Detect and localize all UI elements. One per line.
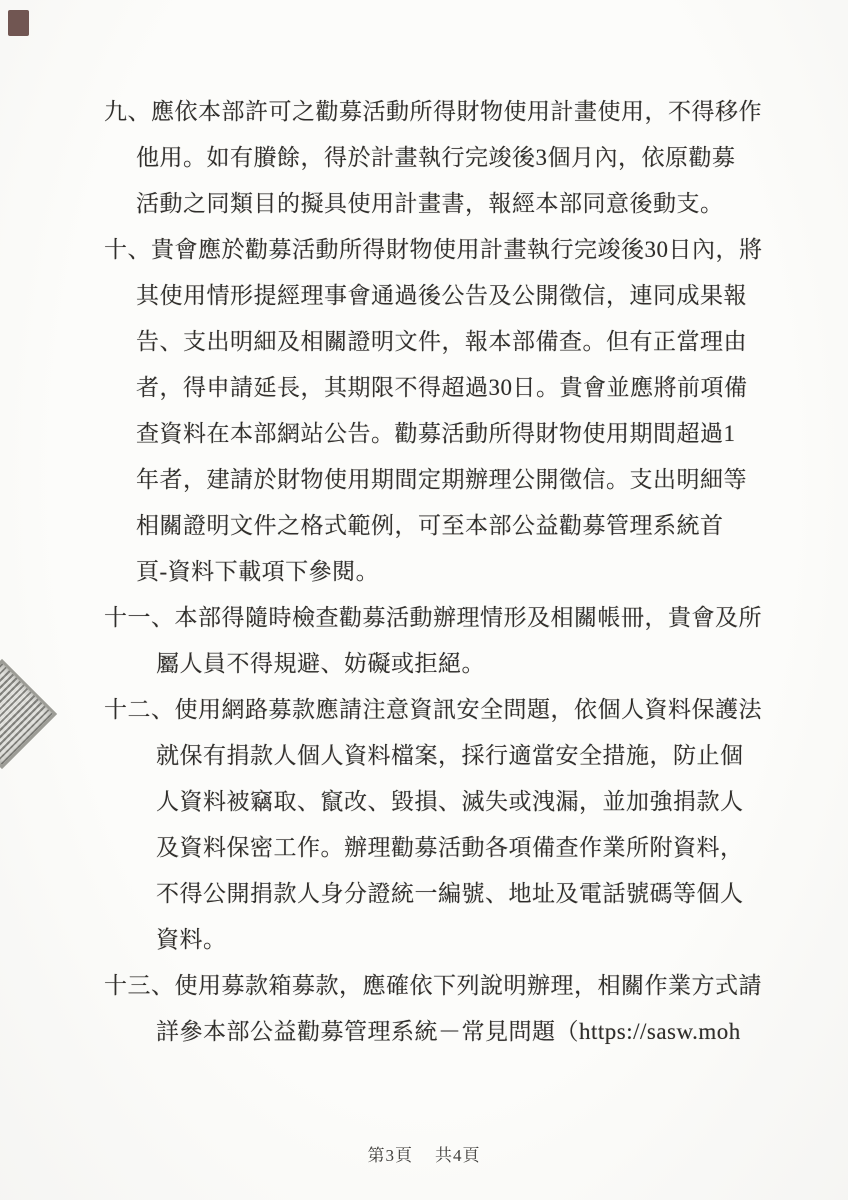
clause-line: 頁-資料下載項下參閱。 — [104, 549, 804, 595]
clause-line: 資料。 — [104, 917, 804, 963]
clause-line: 相關證明文件之格式範例，可至本部公益勸募管理系統首 — [104, 503, 804, 549]
clause-line: 詳參本部公益勸募管理系統－常見問題（https://sasw.moh — [104, 1009, 804, 1055]
clause-line: 十三、使用募款箱募款，應確依下列說明辦理，相關作業方式請 — [104, 963, 804, 1009]
clause-text: 貴會應於勸募活動所得財物使用計畫執行完竣後30日內，將 — [151, 237, 763, 262]
page-footer: 第3頁 共4頁 — [0, 1144, 848, 1168]
corner-mark-icon — [8, 10, 29, 36]
clause-line: 其使用情形提經理事會通過後公告及公開徵信，連同成果報 — [104, 273, 804, 319]
clause-line: 十一、本部得隨時檢查勸募活動辦理情形及相關帳冊，貴會及所 — [104, 595, 804, 641]
clause-text: 本部得隨時檢查勸募活動辦理情形及相關帳冊，貴會及所 — [175, 605, 763, 630]
clause-number: 十二、 — [104, 697, 175, 722]
clause-line: 不得公開捐款人身分證統一編號、地址及電話號碼等個人 — [104, 871, 804, 917]
clause-text: 應依本部許可之勸募活動所得財物使用計畫使用，不得移作 — [151, 99, 762, 124]
clause-10: 十、貴會應於勸募活動所得財物使用計畫執行完竣後30日內，將 其使用情形提經理事會… — [104, 227, 804, 595]
partial-seal-stamp-icon — [0, 659, 57, 769]
clause-line: 屬人員不得規避、妨礙或拒絕。 — [104, 641, 804, 687]
clause-13: 十三、使用募款箱募款，應確依下列說明辦理，相關作業方式請 詳參本部公益勸募管理系… — [104, 963, 804, 1055]
clause-text: 使用網路募款應請注意資訊安全問題，依個人資料保護法 — [175, 697, 763, 722]
clause-line: 活動之同類目的擬具使用計畫書，報經本部同意後動支。 — [104, 181, 804, 227]
clause-11: 十一、本部得隨時檢查勸募活動辦理情形及相關帳冊，貴會及所 屬人員不得規避、妨礙或… — [104, 595, 804, 687]
clause-line: 就保有捐款人個人資料檔案，採行適當安全措施，防止個 — [104, 733, 804, 779]
page-total-label: 共4頁 — [435, 1144, 481, 1168]
clause-line: 告、支出明細及相關證明文件，報本部備查。但有正當理由 — [104, 319, 804, 365]
clause-line: 人資料被竊取、竄改、毀損、滅失或洩漏，並加強捐款人 — [104, 779, 804, 825]
clause-line: 及資料保密工作。辦理勸募活動各項備查作業所附資料， — [104, 825, 804, 871]
clause-12: 十二、使用網路募款應請注意資訊安全問題，依個人資料保護法 就保有捐款人個人資料檔… — [104, 687, 804, 963]
page-number-label: 第3頁 — [368, 1144, 414, 1168]
clause-9: 九、應依本部許可之勸募活動所得財物使用計畫使用，不得移作 他用。如有賸餘，得於計… — [104, 89, 804, 227]
clause-line: 他用。如有賸餘，得於計畫執行完竣後3個月內，依原勸募 — [104, 135, 804, 181]
document-body: 九、應依本部許可之勸募活動所得財物使用計畫使用，不得移作 他用。如有賸餘，得於計… — [104, 89, 804, 1055]
clause-line: 十二、使用網路募款應請注意資訊安全問題，依個人資料保護法 — [104, 687, 804, 733]
clause-number: 十一、 — [104, 605, 175, 630]
clause-line: 查資料在本部網站公告。勸募活動所得財物使用期間超過1 — [104, 411, 804, 457]
clause-number: 十、 — [104, 237, 151, 262]
clause-number: 九、 — [104, 99, 151, 124]
clause-line: 九、應依本部許可之勸募活動所得財物使用計畫使用，不得移作 — [104, 89, 804, 135]
clause-line: 者，得申請延長，其期限不得超過30日。貴會並應將前項備 — [104, 365, 804, 411]
clause-number: 十三、 — [104, 973, 175, 998]
clause-line: 年者，建請於財物使用期間定期辦理公開徵信。支出明細等 — [104, 457, 804, 503]
scanned-document-page: 九、應依本部許可之勸募活動所得財物使用計畫使用，不得移作 他用。如有賸餘，得於計… — [0, 0, 848, 1200]
clause-line: 十、貴會應於勸募活動所得財物使用計畫執行完竣後30日內，將 — [104, 227, 804, 273]
clause-text: 使用募款箱募款，應確依下列說明辦理，相關作業方式請 — [175, 973, 763, 998]
